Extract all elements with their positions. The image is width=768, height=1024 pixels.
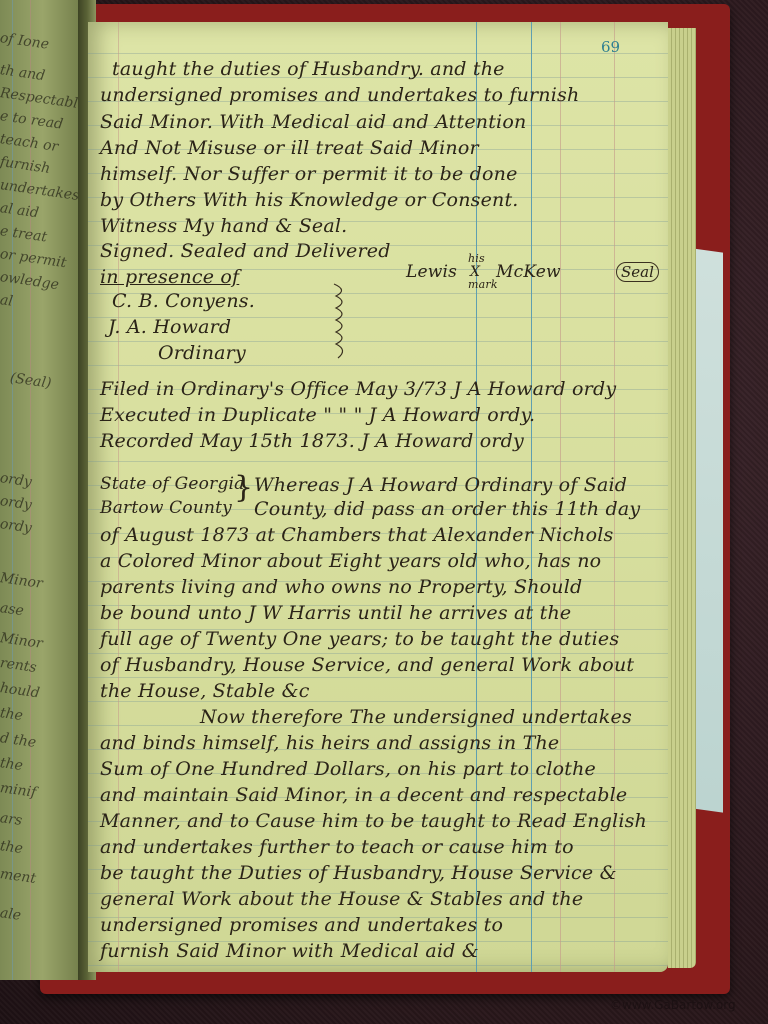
attestation-text: Signed. Sealed and Delivered: [100, 240, 391, 262]
left-fragment: the: [0, 838, 24, 857]
signer-surname: McKew: [496, 262, 561, 282]
left-fragment: e treat: [0, 223, 48, 245]
caption-state: State of Georgia: [100, 474, 245, 494]
left-fragment: al: [0, 292, 14, 310]
witness-name: C. B. Conyens.: [112, 290, 255, 312]
indenture-line: County, did pass an order this 11th day: [254, 498, 640, 520]
continuation-line: by Others With his Knowledge or Consent.: [100, 189, 519, 211]
indenture-line: furnish Said Minor with Medical aid &: [100, 940, 479, 962]
left-seal: (Seal): [9, 370, 52, 392]
caption-county: Bartow County: [100, 498, 232, 518]
indenture-line: parents living and who owns no Property,…: [100, 576, 582, 598]
indenture-line: Now therefore The undersigned undertakes: [200, 706, 632, 728]
left-fragment: the: [0, 705, 24, 724]
indenture-line: and undertakes further to teach or cause…: [100, 836, 574, 858]
left-fragment: th and: [0, 62, 46, 84]
left-page: of Ione th and Respectabl e to read teac…: [0, 0, 85, 980]
left-fragment: ment: [0, 866, 37, 887]
brace-squiggle-icon: [328, 282, 354, 362]
mark-label-mark: mark: [468, 278, 498, 291]
indenture-line: be taught the Duties of Husbandry, House…: [100, 862, 617, 884]
indenture-line: of Husbandry, House Service, and general…: [100, 654, 634, 676]
left-fragment: Minor: [0, 630, 44, 652]
left-fragment: the: [0, 755, 24, 774]
left-fragment: rents: [0, 655, 38, 676]
left-fragment: ordy: [0, 516, 33, 536]
filing-line: Filed in Ordinary's Office May 3/73 J A …: [100, 378, 616, 400]
page-number: 69: [601, 38, 620, 56]
presence-text: in presence of: [100, 266, 239, 288]
indenture-line: and binds himself, his heirs and assigns…: [100, 732, 559, 754]
caption-brace: }: [234, 470, 253, 505]
indenture-line: Manner, and to Cause him to be taught to…: [100, 810, 647, 832]
left-fragment: Minor: [0, 570, 44, 592]
indenture-line: general Work about the House & Stables a…: [100, 888, 583, 910]
copyright-watermark: ©www.GaBartow.org: [610, 998, 736, 1012]
indenture-line: the House, Stable &c: [100, 680, 310, 702]
indenture-line: be bound unto J W Harris until he arrive…: [100, 602, 571, 624]
left-fragment: ordy: [0, 470, 33, 490]
left-fragment: furnish: [0, 154, 51, 177]
continuation-line: undersigned promises and undertakes to f…: [100, 84, 579, 106]
left-fragment: hould: [0, 680, 41, 701]
continuation-line: taught the duties of Husbandry. and the: [112, 58, 505, 80]
left-fragment: d the: [0, 730, 37, 751]
left-fragment: ale: [0, 905, 22, 924]
seal-mark: Seal: [616, 262, 659, 282]
filing-line: Executed in Duplicate " " " J A Howard o…: [100, 404, 535, 426]
indenture-line: Whereas J A Howard Ordinary of Said: [254, 474, 627, 496]
left-fragment: e to read: [0, 108, 64, 133]
left-fragment: minif: [0, 780, 37, 801]
indenture-line: of August 1873 at Chambers that Alexande…: [100, 524, 613, 546]
indenture-line: undersigned promises and undertakes to: [100, 914, 503, 936]
page-edges: [668, 28, 696, 968]
left-fragment: ars: [0, 810, 23, 829]
continuation-line: Witness My hand & Seal.: [100, 215, 347, 237]
left-fragment: ordy: [0, 493, 33, 513]
continuation-line: And Not Misuse or ill treat Said Minor: [100, 137, 479, 159]
left-fragment: or permit: [0, 246, 67, 271]
right-page: 69 taught the duties of Husbandry. and t…: [88, 22, 668, 972]
left-fragment: al aid: [0, 200, 40, 221]
witness-title: Ordinary: [158, 342, 246, 364]
left-fragment: of Ione: [0, 30, 50, 53]
indenture-line: and maintain Said Minor, in a decent and…: [100, 784, 627, 806]
filing-line: Recorded May 15th 1873. J A Howard ordy: [100, 430, 524, 452]
continuation-line: Said Minor. With Medical aid and Attenti…: [100, 111, 526, 133]
signer-first-name: Lewis: [406, 262, 457, 282]
witness-name: J. A. Howard: [108, 316, 231, 338]
indenture-line: Sum of One Hundred Dollars, on his part …: [100, 758, 596, 780]
continuation-line: himself. Nor Suffer or permit it to be d…: [100, 163, 518, 185]
indenture-line: a Colored Minor about Eight years old wh…: [100, 550, 601, 572]
indenture-line: full age of Twenty One years; to be taug…: [100, 628, 619, 650]
left-fragment: ase: [0, 600, 25, 619]
